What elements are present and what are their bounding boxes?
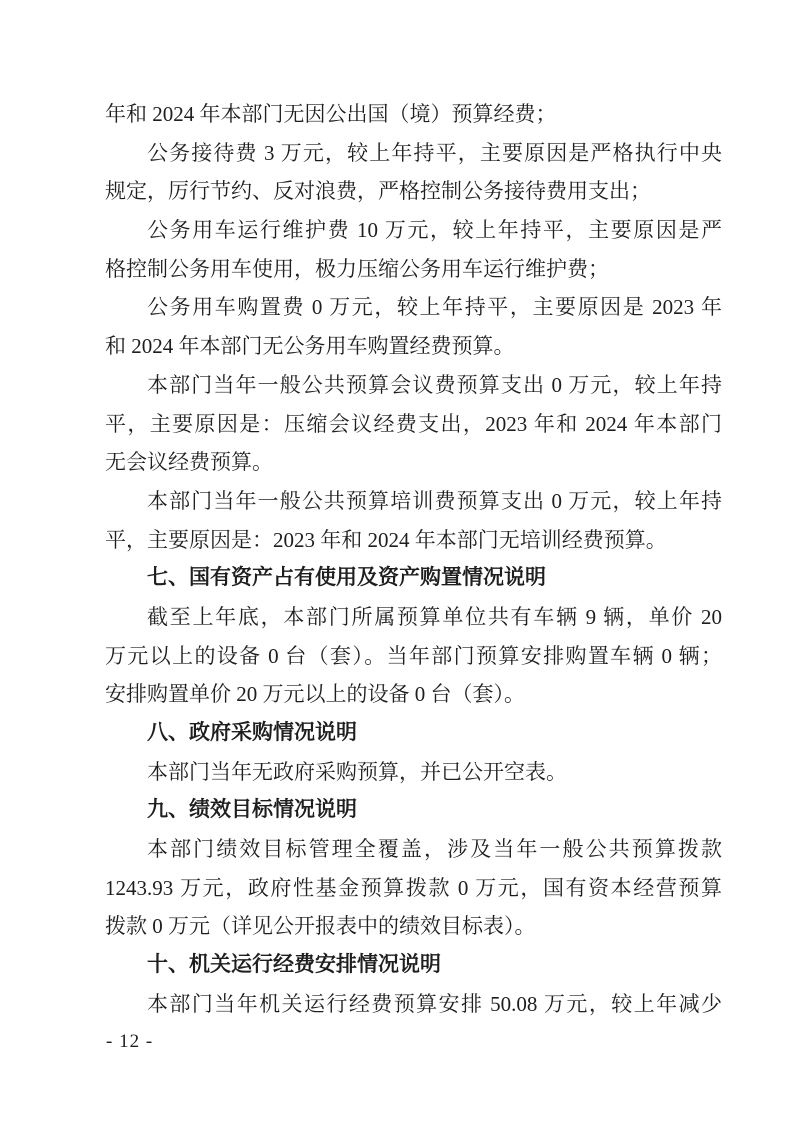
- heading-eight-procurement: 八、政府采购情况说明: [105, 714, 722, 753]
- text-line: 和 2024 年本部门无公务用车购置经费预算。: [105, 327, 722, 366]
- text-line: 本部门当年一般公共预算培训费预算支出 0 万元，较上年持: [105, 482, 722, 521]
- text-line: 公务用车运行维护费 10 万元，较上年持平，主要原因是严: [105, 211, 722, 250]
- text-line: 1243.93 万元，政府性基金预算拨款 0 万元，国有资本经营预算: [105, 869, 722, 908]
- text-line: 平，主要原因是：2023 年和 2024 年本部门无培训经费预算。: [105, 521, 722, 560]
- document-body: 年和 2024 年本部门无因公出国（境）预算经费；公务接待费 3 万元，较上年持…: [105, 95, 722, 1024]
- text-line: 公务用车购置费 0 万元，较上年持平，主要原因是 2023 年: [105, 288, 722, 327]
- text-line: 万元以上的设备 0 台（套）。当年部门预算安排购置车辆 0 辆；: [105, 637, 722, 676]
- para-vehicle-purchase: 公务用车购置费 0 万元，较上年持平，主要原因是 2023 年和 2024 年本…: [105, 288, 722, 365]
- text-line: 本部门绩效目标管理全覆盖，涉及当年一般公共预算拨款: [105, 830, 722, 869]
- document-page: 年和 2024 年本部门无因公出国（境）预算经费；公务接待费 3 万元，较上年持…: [0, 0, 793, 1122]
- heading-seven-state-assets: 七、国有资产占有使用及资产购置情况说明: [105, 559, 722, 598]
- text-line: 拨款 0 万元（详见公开报表中的绩效目标表）。: [105, 907, 722, 946]
- para-official-reception: 公务接待费 3 万元，较上年持平，主要原因是严格执行中央规定，厉行节约、反对浪费…: [105, 134, 722, 211]
- text-line: 本部门当年一般公共预算会议费预算支出 0 万元，较上年持: [105, 366, 722, 405]
- para-training-fee: 本部门当年一般公共预算培训费预算支出 0 万元，较上年持平，主要原因是：2023…: [105, 482, 722, 559]
- section-heading-line: 八、政府采购情况说明: [105, 714, 722, 753]
- text-line: 本部门当年无政府采购预算，并已公开空表。: [105, 753, 722, 792]
- text-line: 公务接待费 3 万元，较上年持平，主要原因是严格执行中央: [105, 134, 722, 173]
- page-number: - 12 -: [106, 1030, 153, 1054]
- para-meeting-fee: 本部门当年一般公共预算会议费预算支出 0 万元，较上年持平，主要原因是：压缩会议…: [105, 366, 722, 482]
- para-foreign-travel-tail: 年和 2024 年本部门无因公出国（境）预算经费；: [105, 95, 722, 134]
- text-line: 无会议经费预算。: [105, 443, 722, 482]
- section-heading-line: 九、绩效目标情况说明: [105, 791, 722, 830]
- text-line: 年和 2024 年本部门无因公出国（境）预算经费；: [105, 95, 722, 134]
- para-procurement: 本部门当年无政府采购预算，并已公开空表。: [105, 753, 722, 792]
- text-line: 截至上年底，本部门所属预算单位共有车辆 9 辆，单价 20: [105, 598, 722, 637]
- para-performance-goals: 本部门绩效目标管理全覆盖，涉及当年一般公共预算拨款1243.93 万元，政府性基…: [105, 830, 722, 946]
- para-operating-funds: 本部门当年机关运行经费预算安排 50.08 万元，较上年减少: [105, 985, 722, 1024]
- section-heading-line: 十、机关运行经费安排情况说明: [105, 946, 722, 985]
- text-line: 平，主要原因是：压缩会议经费支出，2023 年和 2024 年本部门: [105, 405, 722, 444]
- text-line: 安排购置单价 20 万元以上的设备 0 台（套）。: [105, 675, 722, 714]
- text-line: 格控制公务用车使用，极力压缩公务用车运行维护费；: [105, 250, 722, 289]
- section-heading-line: 七、国有资产占有使用及资产购置情况说明: [105, 559, 722, 598]
- para-vehicle-maintenance: 公务用车运行维护费 10 万元，较上年持平，主要原因是严格控制公务用车使用，极力…: [105, 211, 722, 288]
- heading-ten-operating-funds: 十、机关运行经费安排情况说明: [105, 946, 722, 985]
- text-line: 规定，厉行节约、反对浪费，严格控制公务接待费用支出；: [105, 172, 722, 211]
- para-state-assets: 截至上年底，本部门所属预算单位共有车辆 9 辆，单价 20万元以上的设备 0 台…: [105, 598, 722, 714]
- text-line: 本部门当年机关运行经费预算安排 50.08 万元，较上年减少: [105, 985, 722, 1024]
- heading-nine-performance-goals: 九、绩效目标情况说明: [105, 791, 722, 830]
